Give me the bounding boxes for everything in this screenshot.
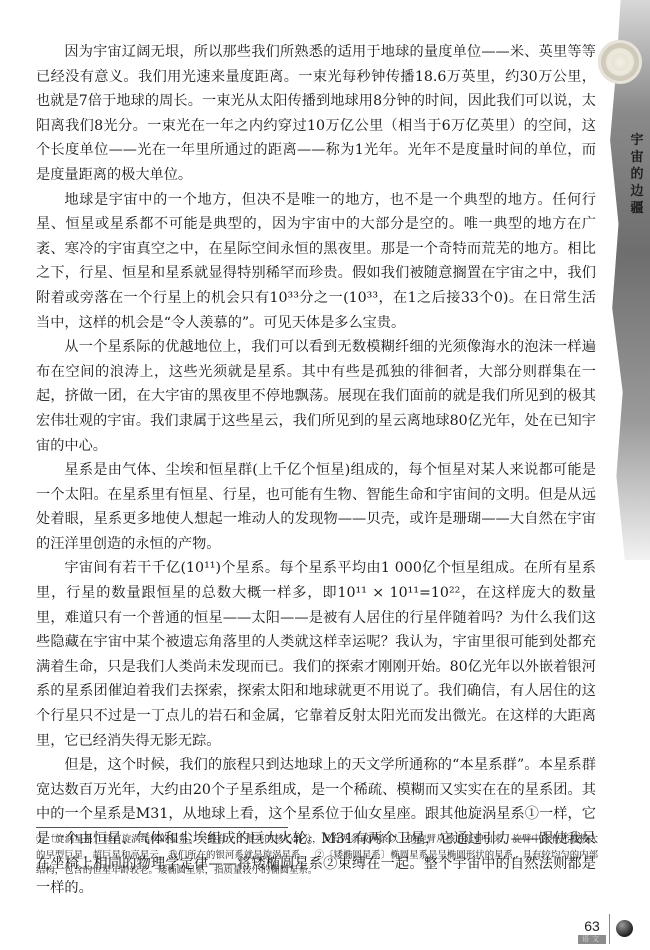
footer-divider	[609, 914, 610, 944]
paragraph-5: 宇宙间有若干千亿(10¹¹)个星系。每个星系平均由1 000亿个恒星组成。在所有…	[36, 556, 596, 753]
page-number: 63	[578, 918, 606, 934]
paragraph-2: 地球是宇宙中的一个地方，但决不是唯一的地方，也不是一个典型的地方。任何行星、恒星…	[36, 188, 596, 336]
side-decorative-strip	[608, 0, 650, 560]
paragraph-4: 星系是由气体、尘埃和恒星群(上千亿个恒星)组成的，每个恒星对某人来说都可能是一个…	[36, 458, 596, 556]
astrolabe-disc-icon	[598, 40, 642, 84]
article-body: 因为宇宙辽阔无垠，所以那些我们所熟悉的适用于地球的量度单位——米、英里等等已经没…	[36, 40, 596, 901]
paragraph-3: 从一个星系际的优越地位上，我们可以看到无数模糊纤细的光须像海水的泡沫一样遍布在空…	[36, 335, 596, 458]
chapter-side-title: 宇宙的边疆	[628, 132, 646, 217]
footnotes: ①〔旋涡星系〕具有旋涡结构的星系。一般有一个很亮的核心部分，又有两条或两条以上的…	[36, 832, 598, 879]
subject-label: 语文	[578, 935, 606, 944]
paragraph-1: 因为宇宙辽阔无垠，所以那些我们所熟悉的适用于地球的量度单位——米、英里等等已经没…	[36, 40, 596, 188]
footnote-divider	[36, 827, 288, 828]
sphere-icon	[616, 920, 633, 937]
